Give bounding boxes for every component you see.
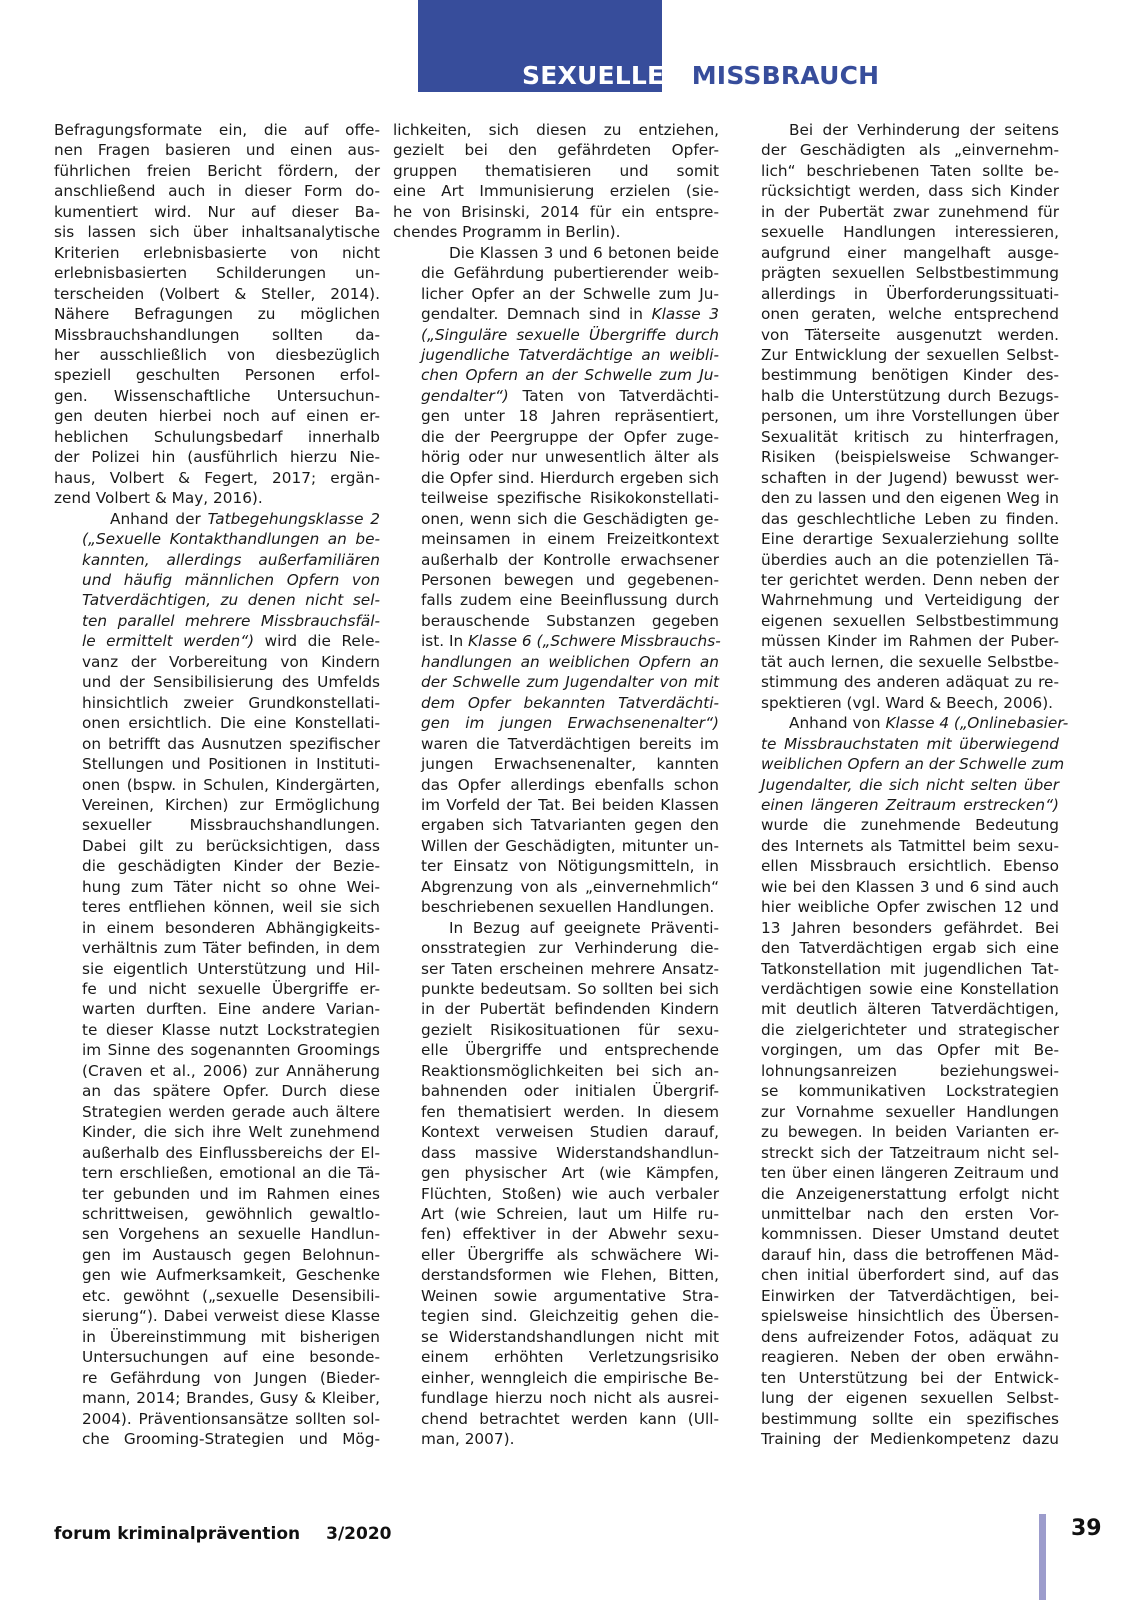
text-line: gen. Wissenschaftliche Untersuchun- xyxy=(54,386,380,406)
text-line: le ermittelt werden“) wird die Rele- xyxy=(54,631,380,651)
text-line: sexuelle Handlungen interessieren, xyxy=(733,222,1059,242)
text-line: von Täterseite ausgenutzt werden. xyxy=(733,325,1059,345)
text-line: und der Sensibilisierung des Umfelds xyxy=(54,672,380,692)
text-line: onen ersichtlich. Die eine Konstellati- xyxy=(54,713,380,733)
text-line: der Polizei hin (ausführlich hierzu Nie- xyxy=(54,447,380,467)
text-line: Befragungsformate ein, die auf offe- xyxy=(54,120,380,140)
section-heading-word-2: MISSBRAUCH xyxy=(692,61,880,90)
text-line: reagieren. Neben der oben erwähn- xyxy=(733,1347,1059,1367)
text-line: ter Einsatz von Nötigungsmitteln, in xyxy=(393,856,719,876)
text-line: mit deutlich älteren Tatverdächtigen, xyxy=(733,999,1059,1019)
text-line: onsstrategien zur Verhinderung die- xyxy=(393,938,719,958)
text-line: lohnungsanreizen beziehungswei- xyxy=(733,1061,1059,1081)
text-line: im Sinne des sogenannten Groomings xyxy=(54,1040,380,1060)
paragraph: Befragungsformate ein, die auf offe-nen … xyxy=(54,120,380,509)
text-line: Anhand der Tatbegehungsklasse 2 xyxy=(54,509,380,529)
text-line: chend betrachtet werden kann (Ull- xyxy=(393,1409,719,1429)
text-line: gruppen thematisieren und somit xyxy=(393,161,719,181)
paragraph: lichkeiten, sich diesen zu entziehen,gez… xyxy=(393,120,719,243)
text-line: haus, Volbert & Fegert, 2017; ergän- xyxy=(54,468,380,488)
text-line: gezielt bei den gefährdeten Opfer- xyxy=(393,140,719,160)
text-line: („Sexuelle Kontakthandlungen an be- xyxy=(54,529,380,549)
text-line: die Gefährdung pubertierender weib- xyxy=(393,263,719,283)
text-line: che Grooming-Strategien und Mög- xyxy=(54,1429,380,1449)
text-line: außerhalb der Kontrolle erwachsener xyxy=(393,550,719,570)
text-line: kommnissen. Dieser Umstand deutet xyxy=(733,1224,1059,1244)
text-line: in der Pubertät befindenden Kindern xyxy=(393,999,719,1019)
text-line: ten parallel mehrere Missbrauchsfäl- xyxy=(54,611,380,631)
text-line: sexueller Missbrauchshandlungen. xyxy=(54,815,380,835)
text-line: teres entfliehen können, weil sie sich xyxy=(54,897,380,917)
text-line: re Gefährdung von Jungen (Bieder- xyxy=(54,1368,380,1388)
text-line: Art (wie Schreien, laut um Hilfe ru- xyxy=(393,1204,719,1224)
text-line: Die Klassen 3 und 6 betonen beide xyxy=(393,243,719,263)
text-line: elle Übergriffe und entsprechende xyxy=(393,1040,719,1060)
text-line: bahnenden oder initialen Übergrif- xyxy=(393,1081,719,1101)
text-line: unmittelbar nach den ersten Vor- xyxy=(733,1204,1059,1224)
text-line: die zielgerichteter und strategischer xyxy=(733,1020,1059,1040)
text-line: schrittweisen, gewöhnlich gewaltlo- xyxy=(54,1204,380,1224)
text-line: Training der Medienkompetenz dazu xyxy=(733,1429,1059,1449)
text-line: außerhalb des Einflussbereichs der El- xyxy=(54,1143,380,1163)
paragraph: Anhand von Klasse 4 („Onlinebasier-te Mi… xyxy=(733,713,1059,1449)
text-line: derstandsformen wie Flehen, Bitten, xyxy=(393,1265,719,1285)
text-line: (Craven et al., 2006) zur Annäherung xyxy=(54,1061,380,1081)
text-line: Vereinen, Kirchen) zur Ermöglichung xyxy=(54,795,380,815)
text-line: hörig oder nur unwesentlich älter als xyxy=(393,447,719,467)
text-line: Kinder, die sich ihre Welt zunehmend xyxy=(54,1122,380,1142)
text-line: ten Unterstützung bei der Entwick- xyxy=(733,1368,1059,1388)
text-line: vorgingen, um das Opfer mit Be- xyxy=(733,1040,1059,1060)
text-line: einen längeren Zeitraum erstrecken“) xyxy=(733,795,1059,815)
text-line: bestimmung benötigen Kinder des- xyxy=(733,365,1059,385)
text-column-2: lichkeiten, sich diesen zu entziehen,gez… xyxy=(393,120,719,1449)
text-line: anschließend auch in dieser Form do- xyxy=(54,181,380,201)
text-line: beschriebenen sexuellen Handlungen. xyxy=(393,897,719,917)
text-line: speziell geschulten Personen erfol- xyxy=(54,365,380,385)
text-line: hier weibliche Opfer zwischen 12 und xyxy=(733,897,1059,917)
text-line: Eine derartige Sexualerziehung sollte xyxy=(733,529,1059,549)
text-line: zend Volbert & May, 2016). xyxy=(54,488,380,508)
text-line: ist. In Klasse 6 („Schwere Missbrauchs- xyxy=(393,631,719,651)
text-line: fen thematisiert werden. In diesem xyxy=(393,1102,719,1122)
text-line: führlichen freien Bericht fördern, der xyxy=(54,161,380,181)
text-line: rücksichtigt werden, dass sich Kinder xyxy=(733,181,1059,201)
paragraph: Anhand der Tatbegehungsklasse 2(„Sexuell… xyxy=(54,509,380,1450)
text-line: gezielt Risikosituationen für sexu- xyxy=(393,1020,719,1040)
text-line: Missbrauchshandlungen sollten da- xyxy=(54,325,380,345)
text-line: Willen der Geschädigten, mitunter un- xyxy=(393,836,719,856)
text-line: te dieser Klasse nutzt Lockstrategien xyxy=(54,1020,380,1040)
text-line: jungen Erwachsenenalter, kannten xyxy=(393,754,719,774)
paragraph: In Bezug auf geeignete Präventi-onsstrat… xyxy=(393,918,719,1450)
text-line: hinsichtlich zweier Grundkonstellati- xyxy=(54,693,380,713)
paragraph: Die Klassen 3 und 6 betonen beidedie Gef… xyxy=(393,243,719,918)
text-line: sis lassen sich über inhaltsanalytische xyxy=(54,222,380,242)
text-line: spektieren (vgl. Ward & Beech, 2006). xyxy=(733,693,1059,713)
text-line: tegien sind. Gleichzeitig gehen die- xyxy=(393,1306,719,1326)
section-heading-word-1: SEXUELLER xyxy=(522,61,684,90)
text-line: fe und nicht sexuelle Übergriffe er- xyxy=(54,979,380,999)
text-line: ter gebunden und im Rahmen eines xyxy=(54,1184,380,1204)
text-line: berauschende Substanzen gegeben xyxy=(393,611,719,631)
text-column-3: Bei der Verhinderung der seitensder Gesc… xyxy=(733,120,1059,1449)
text-line: sie eigentlich Unterstützung und Hil- xyxy=(54,959,380,979)
text-line: weiblichen Opfern an der Schwelle zum xyxy=(733,754,1059,774)
text-line: in der Pubertät zwar zunehmend für xyxy=(733,202,1059,222)
text-line: jugendliche Tatverdächtige an weibli- xyxy=(393,345,719,365)
text-line: den zu lassen und den eigenen Weg in xyxy=(733,488,1059,508)
text-line: Bei der Verhinderung der seitens xyxy=(733,120,1059,140)
text-line: gen physischer Art (wie Kämpfen, xyxy=(393,1163,719,1183)
text-line: aufgrund einer mangelhaft ausge- xyxy=(733,243,1059,263)
footer-accent-bar xyxy=(1039,1514,1046,1600)
text-line: on betrifft das Ausnutzen spezifischer xyxy=(54,734,380,754)
text-line: hung zum Täter nicht so ohne Wei- xyxy=(54,877,380,897)
text-line: allerdings in Überforderungssituati- xyxy=(733,284,1059,304)
text-line: Personen bewegen und gegebenen- xyxy=(393,570,719,590)
text-line: an das spätere Opfer. Durch diese xyxy=(54,1081,380,1101)
text-line: stimmung des anderen adäquat zu re- xyxy=(733,672,1059,692)
text-line: onen, wenn sich die Geschädigten ge- xyxy=(393,509,719,529)
text-line: Zur Entwicklung der sexuellen Selbst- xyxy=(733,345,1059,365)
text-line: streckt sich der Tatzeitraum nicht sel- xyxy=(733,1143,1059,1163)
text-line: Kontext verweisen Studien darauf, xyxy=(393,1122,719,1142)
text-line: In Bezug auf geeignete Präventi- xyxy=(393,918,719,938)
text-line: nen Fragen basieren und einen aus- xyxy=(54,140,380,160)
text-line: ellen Missbrauch ersichtlich. Ebenso xyxy=(733,856,1059,876)
text-line: 13 Jahren besonders gefährdet. Bei xyxy=(733,918,1059,938)
text-line: die geschädigten Kinder der Bezie- xyxy=(54,856,380,876)
text-line: etc. gewöhnt („sexuelle Desensibili- xyxy=(54,1286,380,1306)
text-line: Strategien werden gerade auch ältere xyxy=(54,1102,380,1122)
text-line: ter gerichtet werden. Denn neben der xyxy=(733,570,1059,590)
text-line: ser Taten erscheinen mehrere Ansatz- xyxy=(393,959,719,979)
text-line: se Widerstandshandlungen nicht mit xyxy=(393,1327,719,1347)
text-line: Wahrnehmung und Verteidigung der xyxy=(733,590,1059,610)
text-line: gen im jungen Erwachsenenalter“) xyxy=(393,713,719,733)
text-line: lung der eigenen sexuellen Selbst- xyxy=(733,1388,1059,1408)
text-line: erlebnisbasierten Schilderungen un- xyxy=(54,263,380,283)
text-line: licher Opfer an der Schwelle zum Ju- xyxy=(393,284,719,304)
text-line: im Vorfeld der Tat. Bei beiden Klassen xyxy=(393,795,719,815)
text-line: warten durften. Eine andere Varian- xyxy=(54,999,380,1019)
text-line: onen (bspw. in Schulen, Kindergärten, xyxy=(54,775,380,795)
text-line: wie bei den Klassen 3 und 6 sind auch xyxy=(733,877,1059,897)
text-line: zur Vornahme sexueller Handlungen xyxy=(733,1102,1059,1122)
text-line: gendalter. Demnach sind in Klasse 3 xyxy=(393,304,719,324)
text-line: dass massive Widerstandshandlun- xyxy=(393,1143,719,1163)
text-line: kannten, allerdings außerfamiliären xyxy=(54,550,380,570)
text-line: terscheiden (Volbert & Steller, 2014). xyxy=(54,284,380,304)
text-line: halb die Unterstützung durch Bezugs- xyxy=(733,386,1059,406)
text-line: sierung“). Dabei verweist diese Klasse xyxy=(54,1306,380,1326)
text-line: lich“ beschriebenen Taten sollte be- xyxy=(733,161,1059,181)
text-line: den Tatverdächtigen ergab sich eine xyxy=(733,938,1059,958)
text-line: des Internets als Tatmittel beim sexu- xyxy=(733,836,1059,856)
text-line: eller Übergriffe als schwächere Wi- xyxy=(393,1245,719,1265)
text-line: Einwirken der Tatverdächtigen, bei- xyxy=(733,1286,1059,1306)
issue-number: 3/2020 xyxy=(326,1524,391,1544)
text-line: vanz der Vorbereitung von Kindern xyxy=(54,652,380,672)
text-line: prägten sexuellen Selbstbestimmung xyxy=(733,263,1059,283)
text-line: dem Opfer bekannten Tatverdächti- xyxy=(393,693,719,713)
text-line: dens aufreizender Fotos, adäquat zu xyxy=(733,1327,1059,1347)
text-line: der Schwelle zum Jugendalter von mit xyxy=(393,672,719,692)
text-line: chen initial überfordert sind, auf das xyxy=(733,1265,1059,1285)
text-line: fen) effektiver in der Abwehr sexu- xyxy=(393,1224,719,1244)
text-line: ten über einen längeren Zeitraum und xyxy=(733,1163,1059,1183)
text-line: personen, um ihre Vorstellungen über xyxy=(733,406,1059,426)
text-line: falls zudem eine Beeinflussung durch xyxy=(393,590,719,610)
journal-name: forum kriminalprävention xyxy=(54,1524,300,1544)
text-line: einem erhöhten Verletzungsrisiko xyxy=(393,1347,719,1367)
text-line: Sexualität kritisch zu hinterfragen, xyxy=(733,427,1059,447)
page-number: 39 xyxy=(1071,1516,1102,1541)
text-line: Risiken (beispielsweise Schwanger- xyxy=(733,447,1059,467)
text-line: heblichen Schulungsbedarf innerhalb xyxy=(54,427,380,447)
text-line: spielsweise hinsichtlich des Übersen- xyxy=(733,1306,1059,1326)
text-line: in Übereinstimmung mit bisherigen xyxy=(54,1327,380,1347)
text-line: einher, wenngleich die empirische Be- xyxy=(393,1368,719,1388)
text-line: lichkeiten, sich diesen zu entziehen, xyxy=(393,120,719,140)
text-line: bestimmung sollte ein spezifisches xyxy=(733,1409,1059,1429)
text-line: die Anzeigenerstattung erfolgt nicht xyxy=(733,1184,1059,1204)
text-line: wurde die zunehmende Bedeutung xyxy=(733,815,1059,835)
text-line: se kommunikativen Lockstrategien xyxy=(733,1081,1059,1101)
text-line: gen unter 18 Jahren repräsentiert, xyxy=(393,406,719,426)
text-line: Anhand von Klasse 4 („Onlinebasier- xyxy=(733,713,1059,733)
text-line: Kriterien erlebnisbasierte von nicht xyxy=(54,243,380,263)
footer-journal-info: forum kriminalprävention3/2020 xyxy=(54,1524,392,1544)
text-line: („Singuläre sexuelle Übergriffe durch xyxy=(393,325,719,345)
text-line: der Geschädigten als „einvernehm- xyxy=(733,140,1059,160)
text-line: onen geraten, welche entsprechend xyxy=(733,304,1059,324)
text-line: handlungen an weiblichen Opfern an xyxy=(393,652,719,672)
text-line: Dabei gilt zu berücksichtigen, dass xyxy=(54,836,380,856)
text-line: das geschlechtliche Leben zu finden. xyxy=(733,509,1059,529)
text-line: 2004). Präventionsansätze sollten sol- xyxy=(54,1409,380,1429)
text-line: chen Opfern an der Schwelle zum Ju- xyxy=(393,365,719,385)
text-line: schaften in der Jugend) bewusst wer- xyxy=(733,468,1059,488)
text-line: müssen Kinder im Rahmen der Puber- xyxy=(733,631,1059,651)
text-line: meinsamen in einem Freizeitkontext xyxy=(393,529,719,549)
text-line: eigenen sexuellen Selbstbestimmung xyxy=(733,611,1059,631)
text-line: tern erschließen, emotional an die Tä- xyxy=(54,1163,380,1183)
text-line: Nähere Befragungen zu möglichen xyxy=(54,304,380,324)
text-line: darauf hin, dass die betroffenen Mäd- xyxy=(733,1245,1059,1265)
text-line: und häufig männlichen Opfern von xyxy=(54,570,380,590)
text-line: Untersuchungen auf eine besonde- xyxy=(54,1347,380,1367)
paragraph: Bei der Verhinderung der seitensder Gesc… xyxy=(733,120,1059,713)
text-line: gen wie Aufmerksamkeit, Geschenke xyxy=(54,1265,380,1285)
text-line: die der Peergruppe der Opfer zuge- xyxy=(393,427,719,447)
text-line: te Missbrauchstaten mit überwiegend xyxy=(733,734,1059,754)
text-line: he von Brisinski, 2014 für ein entspre- xyxy=(393,202,719,222)
section-heading: SEXUELLERMISSBRAUCH xyxy=(522,60,879,92)
text-line: gen im Austausch gegen Belohnun- xyxy=(54,1245,380,1265)
text-line: überdies auch an die potenziellen Tä- xyxy=(733,550,1059,570)
text-line: Reaktionsmöglichkeiten bei sich an- xyxy=(393,1061,719,1081)
text-line: her ausschließlich von diesbezüglich xyxy=(54,345,380,365)
text-line: Weinen sowie argumentative Stra- xyxy=(393,1286,719,1306)
text-line: Jugendalter, die sich nicht selten über xyxy=(733,775,1059,795)
text-line: eine Art Immunisierung erzielen (sie- xyxy=(393,181,719,201)
text-line: Tatverdächtigen, zu denen nicht sel- xyxy=(54,590,380,610)
text-line: die Opfer sind. Hierdurch ergeben sich xyxy=(393,468,719,488)
text-line: sen Vorgehens an sexuelle Handlun- xyxy=(54,1224,380,1244)
text-line: tät auch lernen, die sexuelle Selbstbe- xyxy=(733,652,1059,672)
text-line: Flüchten, Stoßen) wie auch verbaler xyxy=(393,1184,719,1204)
text-line: kumentiert wird. Nur auf dieser Ba- xyxy=(54,202,380,222)
text-line: man, 2007). xyxy=(393,1429,719,1449)
text-line: mann, 2014; Brandes, Gusy & Kleiber, xyxy=(54,1388,380,1408)
text-column-1: Befragungsformate ein, die auf offe-nen … xyxy=(54,120,380,1449)
text-line: gen deuten hierbei noch auf einen er- xyxy=(54,406,380,426)
text-line: das Opfer allerdings ebenfalls schon xyxy=(393,775,719,795)
text-line: in einem besonderen Abhängigkeits- xyxy=(54,918,380,938)
text-line: verhältnis zum Täter befinden, in dem xyxy=(54,938,380,958)
text-line: zu bewegen. In beiden Varianten er- xyxy=(733,1122,1059,1142)
text-line: waren die Tatverdächtigen bereits im xyxy=(393,734,719,754)
text-line: verdächtigen sowie eine Konstellation xyxy=(733,979,1059,999)
text-line: Tatkonstellation mit jugendlichen Tat- xyxy=(733,959,1059,979)
text-line: chendes Programm in Berlin). xyxy=(393,222,719,242)
text-line: Abgrenzung von als „einvernehmlich“ xyxy=(393,877,719,897)
text-line: gendalter“) Taten von Tatverdächti- xyxy=(393,386,719,406)
text-line: Stellungen und Positionen in Instituti- xyxy=(54,754,380,774)
text-line: ergaben sich Tatvarianten gegen den xyxy=(393,815,719,835)
text-line: punkte bedeutsam. So sollten bei sich xyxy=(393,979,719,999)
text-line: teilweise spezifische Risikokonstellati- xyxy=(393,488,719,508)
text-line: fundlage hierzu noch nicht als ausrei- xyxy=(393,1388,719,1408)
